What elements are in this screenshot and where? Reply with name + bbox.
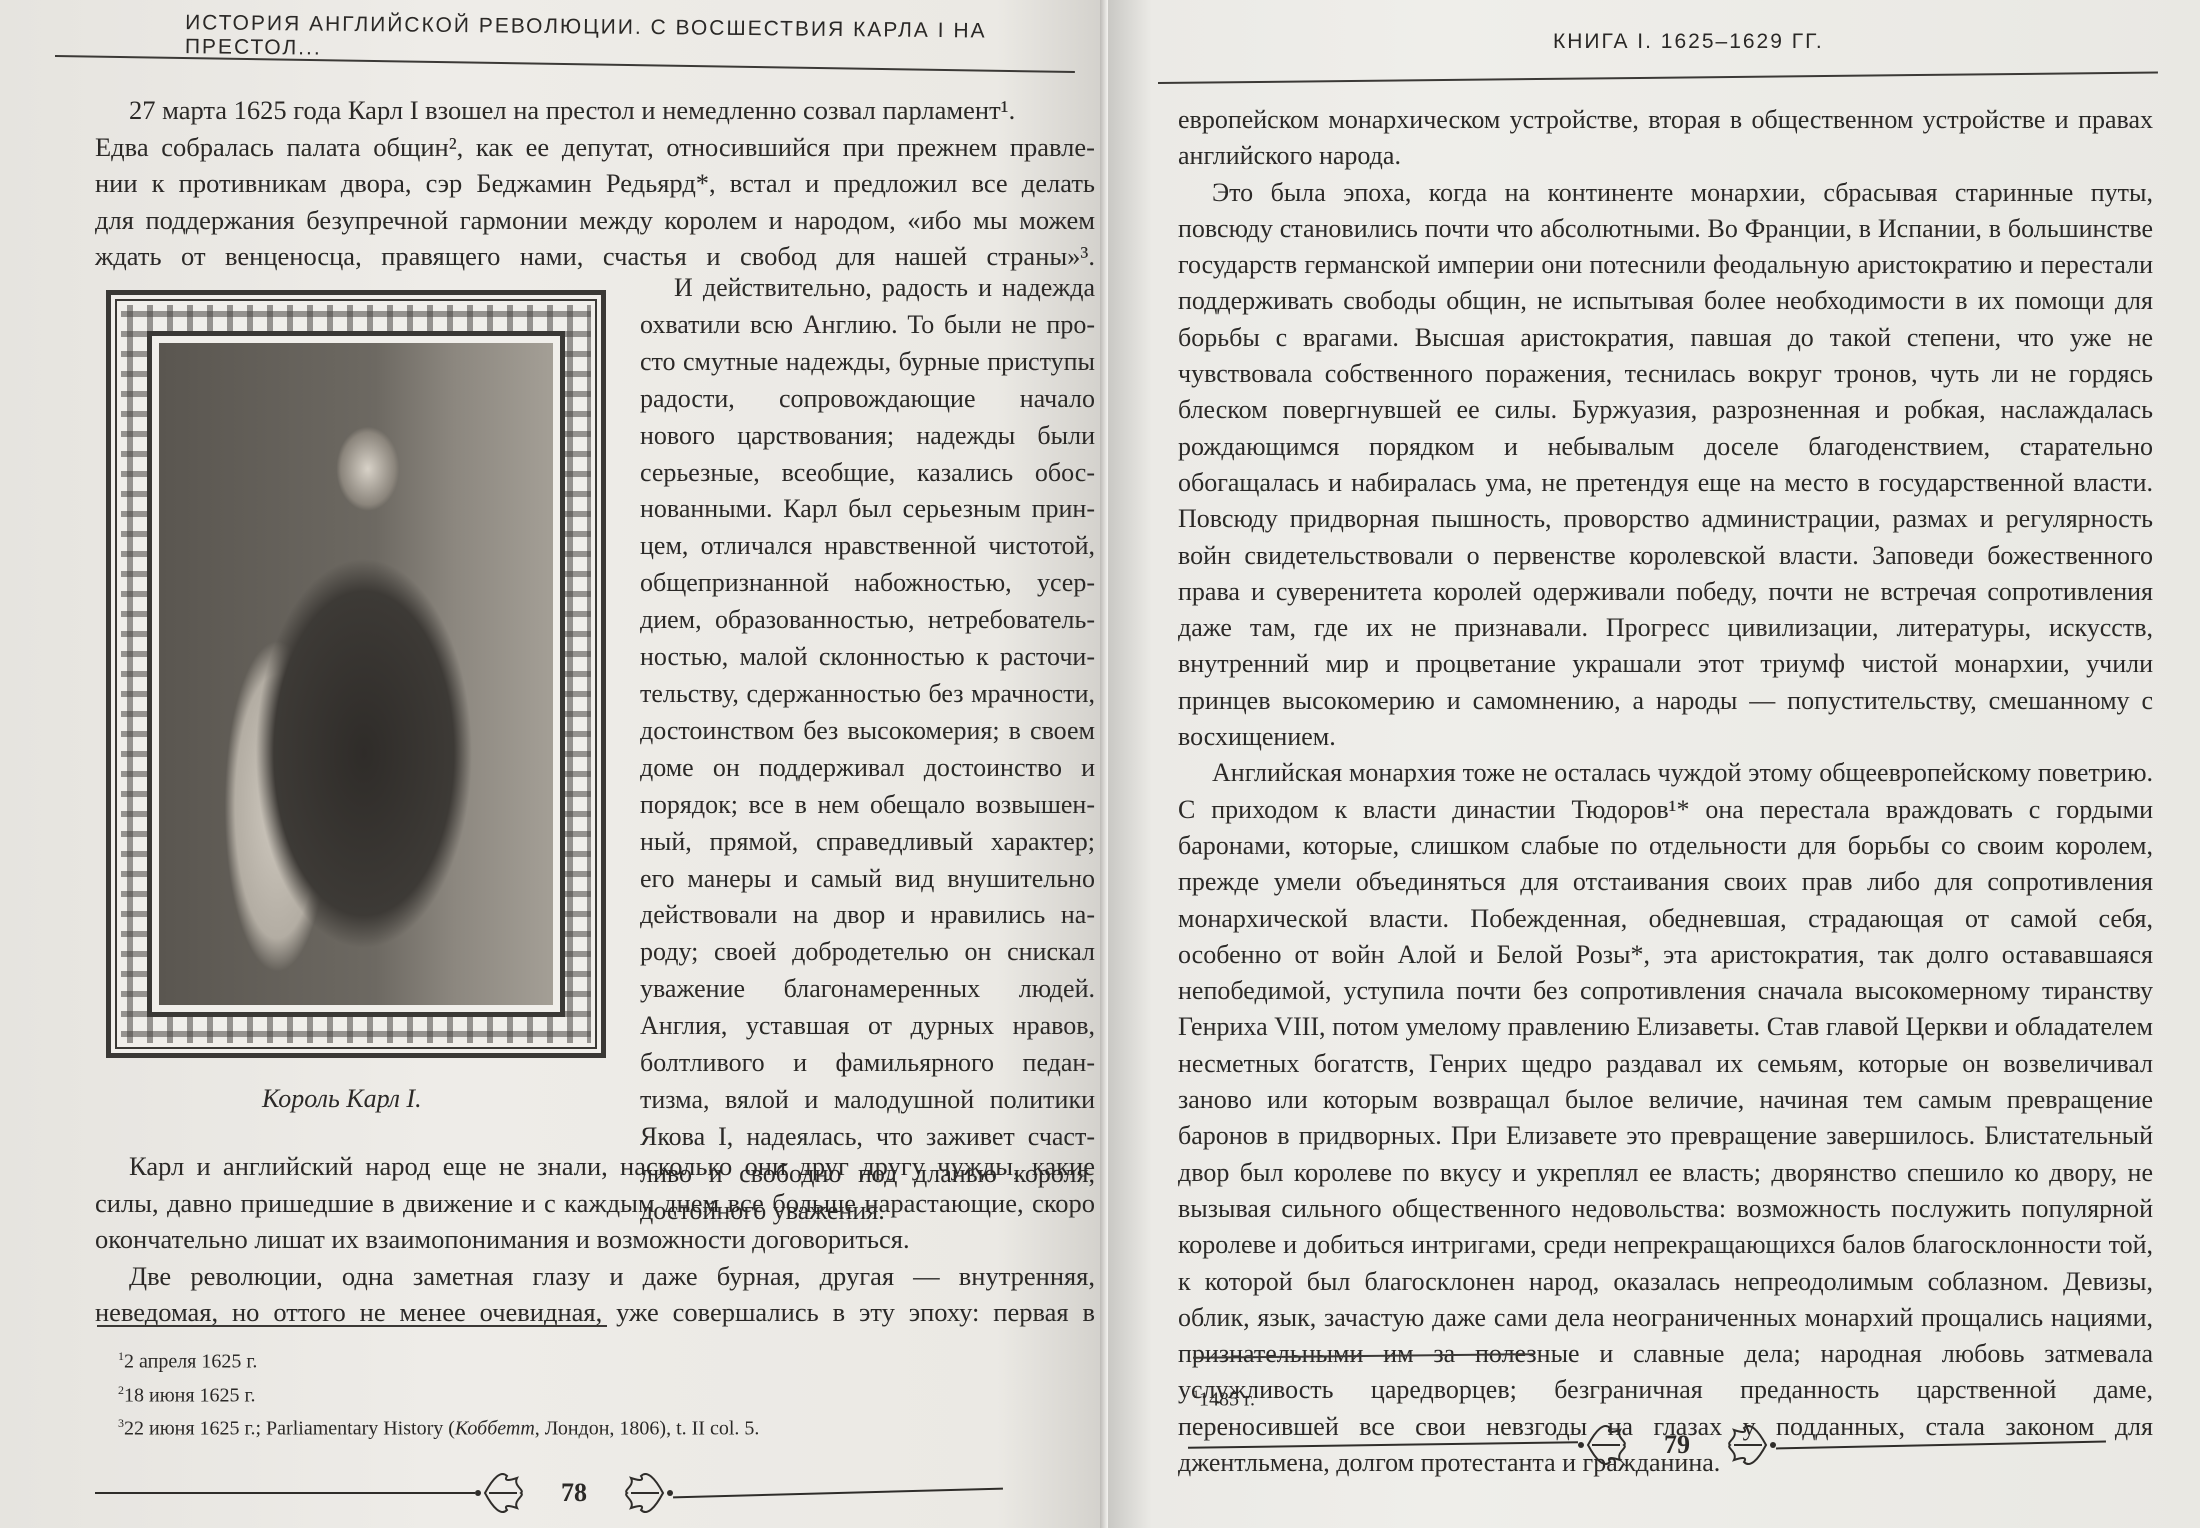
- text-line: роду; своей добродетелью он снискал: [640, 934, 1095, 971]
- text-line: нового царствования; надежды были: [640, 418, 1095, 455]
- text-line: действовали на двор и нравились на-: [640, 897, 1095, 934]
- paragraph: Две революции, одна заметная глазу и даж…: [95, 1258, 1095, 1331]
- opening-paragraph: 27 марта 1625 года Карл I взошел на прес…: [95, 92, 1095, 275]
- footnote-3: 322 июня 1625 г.; Parliamentary History …: [118, 1409, 759, 1443]
- text-line: ный, прямой, справедливый характер;: [640, 824, 1095, 861]
- book-spread: История английской революции. С восшеств…: [0, 0, 2200, 1528]
- closing-paragraphs: Карл и английский народ еще не знали, на…: [95, 1148, 1095, 1331]
- text-line: дием, образованностью, нетребователь-: [640, 602, 1095, 639]
- text-line: ностью, малой склонностью к расточи-: [640, 639, 1095, 676]
- text-line: его манеры и самый вид внушительно: [640, 861, 1095, 898]
- text-line: И действительно, радость и надежда: [640, 270, 1095, 307]
- left-page: История английской революции. С восшеств…: [0, 0, 1108, 1528]
- footnotes-right: 11485 г.: [1193, 1380, 1255, 1414]
- footer-rule: [1776, 1441, 2106, 1450]
- figure-caption: Король Карл I.: [262, 1084, 422, 1114]
- paragraph: Это была эпоха, когда на континенте мона…: [1178, 175, 2153, 756]
- text-line: нованными. Карл был серьезным прин-: [640, 491, 1095, 528]
- paragraph: Английская монархия тоже не осталась чуж…: [1178, 755, 2153, 1481]
- footnote-1: 12 апреля 1625 г.: [118, 1342, 759, 1376]
- text-line: охватили всю Англию. То были не про-: [640, 307, 1095, 344]
- fleuron-icon: [623, 1468, 667, 1518]
- right-page: Книга I. 1625–1629 гг. европейском монар…: [1108, 0, 2200, 1528]
- main-text-right: европейском монархическом устройстве, вт…: [1178, 102, 2153, 1481]
- portrait-figure: [106, 290, 606, 1058]
- page-footer-left: 78: [95, 1468, 1003, 1518]
- footnote-1: 11485 г.: [1193, 1380, 1255, 1414]
- header-rule-right: [1158, 72, 2158, 84]
- page-number: 79: [1664, 1430, 1690, 1460]
- text-line: Англия, уставшая от дурных нравов,: [640, 1008, 1095, 1045]
- text-line: для поддержания безупречной гармонии меж…: [95, 202, 1095, 239]
- footnotes-left: 12 апреля 1625 г. 218 июня 1625 г. 322 и…: [118, 1342, 759, 1443]
- running-head-right: Книга I. 1625–1629 гг.: [1553, 30, 1824, 54]
- paragraph: Карл и английский народ еще не знали, на…: [95, 1148, 1095, 1258]
- footer-rule: [673, 1488, 1003, 1499]
- text-line: Едва собралась палата общин², как ее деп…: [95, 129, 1095, 166]
- text-line: тизма, вялой и малодушной политики: [640, 1082, 1095, 1119]
- text-line: серьезные, всеобщие, казались обос-: [640, 455, 1095, 492]
- text-line: порядок; все в нем обещало возвышен-: [640, 787, 1095, 824]
- text-line: болтливого и фамильярного педан-: [640, 1045, 1095, 1082]
- footnote-2: 218 июня 1625 г.: [118, 1376, 759, 1410]
- text-line: цем, отличался нравственной чистотой,: [640, 528, 1095, 565]
- footer-rule: [95, 1492, 475, 1494]
- fleuron-icon: [481, 1468, 525, 1518]
- footnote-rule: [97, 1325, 607, 1327]
- text-line: общепризнанной набожностью, усер-: [640, 565, 1095, 602]
- page-footer-right: 79: [1188, 1420, 2106, 1470]
- text-line: достоинством без высокомерия; в своем: [640, 713, 1095, 750]
- paragraph: европейском монархическом устройстве, вт…: [1178, 102, 2153, 175]
- page-number: 78: [561, 1478, 587, 1508]
- text-line: уважение благонамеренных людей.: [640, 971, 1095, 1008]
- fleuron-icon: [1584, 1420, 1628, 1470]
- wrapped-paragraph: И действительно, радость и надежда охват…: [640, 270, 1095, 1230]
- text-line: доме он поддерживал достоинство и: [640, 750, 1095, 787]
- text-line: сто смутные надежды, бурные приступы: [640, 344, 1095, 381]
- text-line: тельству, сдержанностью без мрачности,: [640, 676, 1095, 713]
- portrait-image: [159, 343, 553, 1005]
- text-line: радости, сопровождающие начало: [640, 381, 1095, 418]
- fleuron-icon: [1726, 1420, 1770, 1470]
- footer-rule: [1188, 1441, 1578, 1448]
- text-line: нии к противникам двора, сэр Беджамин Ре…: [95, 165, 1095, 202]
- text-line: 27 марта 1625 года Карл I взошел на прес…: [95, 92, 1095, 129]
